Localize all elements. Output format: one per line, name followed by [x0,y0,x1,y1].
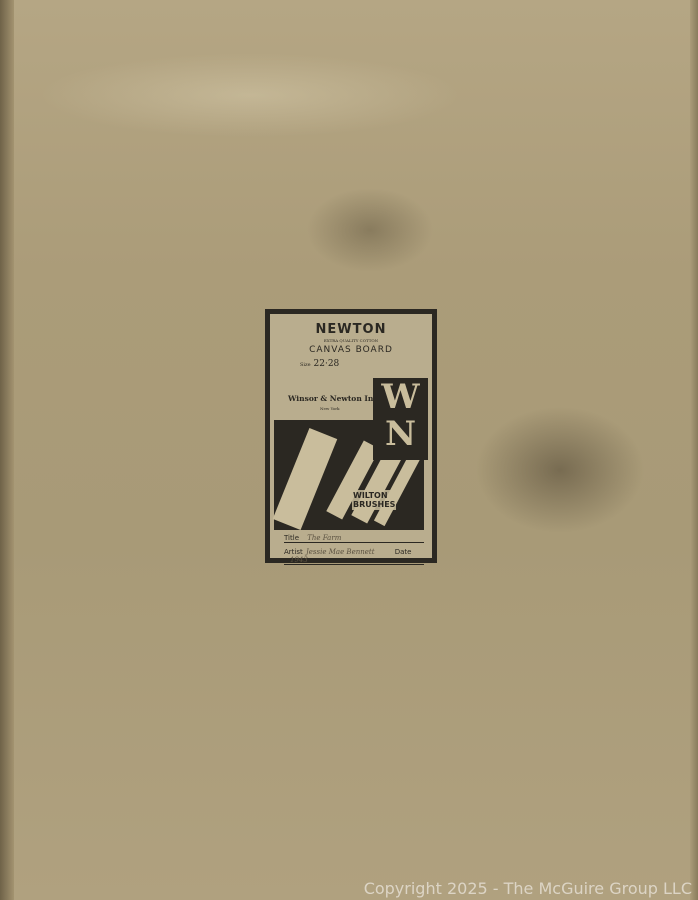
size-label: Size [300,362,311,368]
brand-name: NEWTON [270,322,432,337]
title-label: Title [284,534,299,542]
size-line: Size 22·28 [300,359,339,369]
artist-field: Artist Jessie Mae Bennett Date 1943 [284,548,424,565]
logo-letter-n: N [373,416,428,452]
paint-tube-icon [273,428,338,530]
wn-logo: W N [373,378,428,460]
size-value: 22·28 [314,359,340,369]
date-label: Date [395,548,412,556]
product-name: CANVAS BOARD [270,345,432,355]
board-left-edge [0,0,14,900]
date-value: 1943 [290,556,308,564]
copyright-watermark: Copyright 2025 - The McGuire Group LLC [364,879,692,898]
logo-letter-w: W [373,378,428,416]
brushes-text: WILTON BRUSHES [352,490,396,510]
company-name: Winsor & Newton Inc. [288,394,381,403]
tagline: EXTRA QUALITY COTTON [270,338,432,343]
title-value: The Farm [307,534,341,542]
artist-label: Artist [284,548,303,556]
company-city: New York [320,406,340,411]
winsor-newton-label: NEWTON EXTRA QUALITY COTTON CANVAS BOARD… [265,309,437,563]
board-right-edge [690,0,698,900]
artist-value: Jessie Mae Bennett [306,548,375,556]
label-inner: NEWTON EXTRA QUALITY COTTON CANVAS BOARD… [269,313,433,559]
title-field: Title The Farm [284,534,424,543]
